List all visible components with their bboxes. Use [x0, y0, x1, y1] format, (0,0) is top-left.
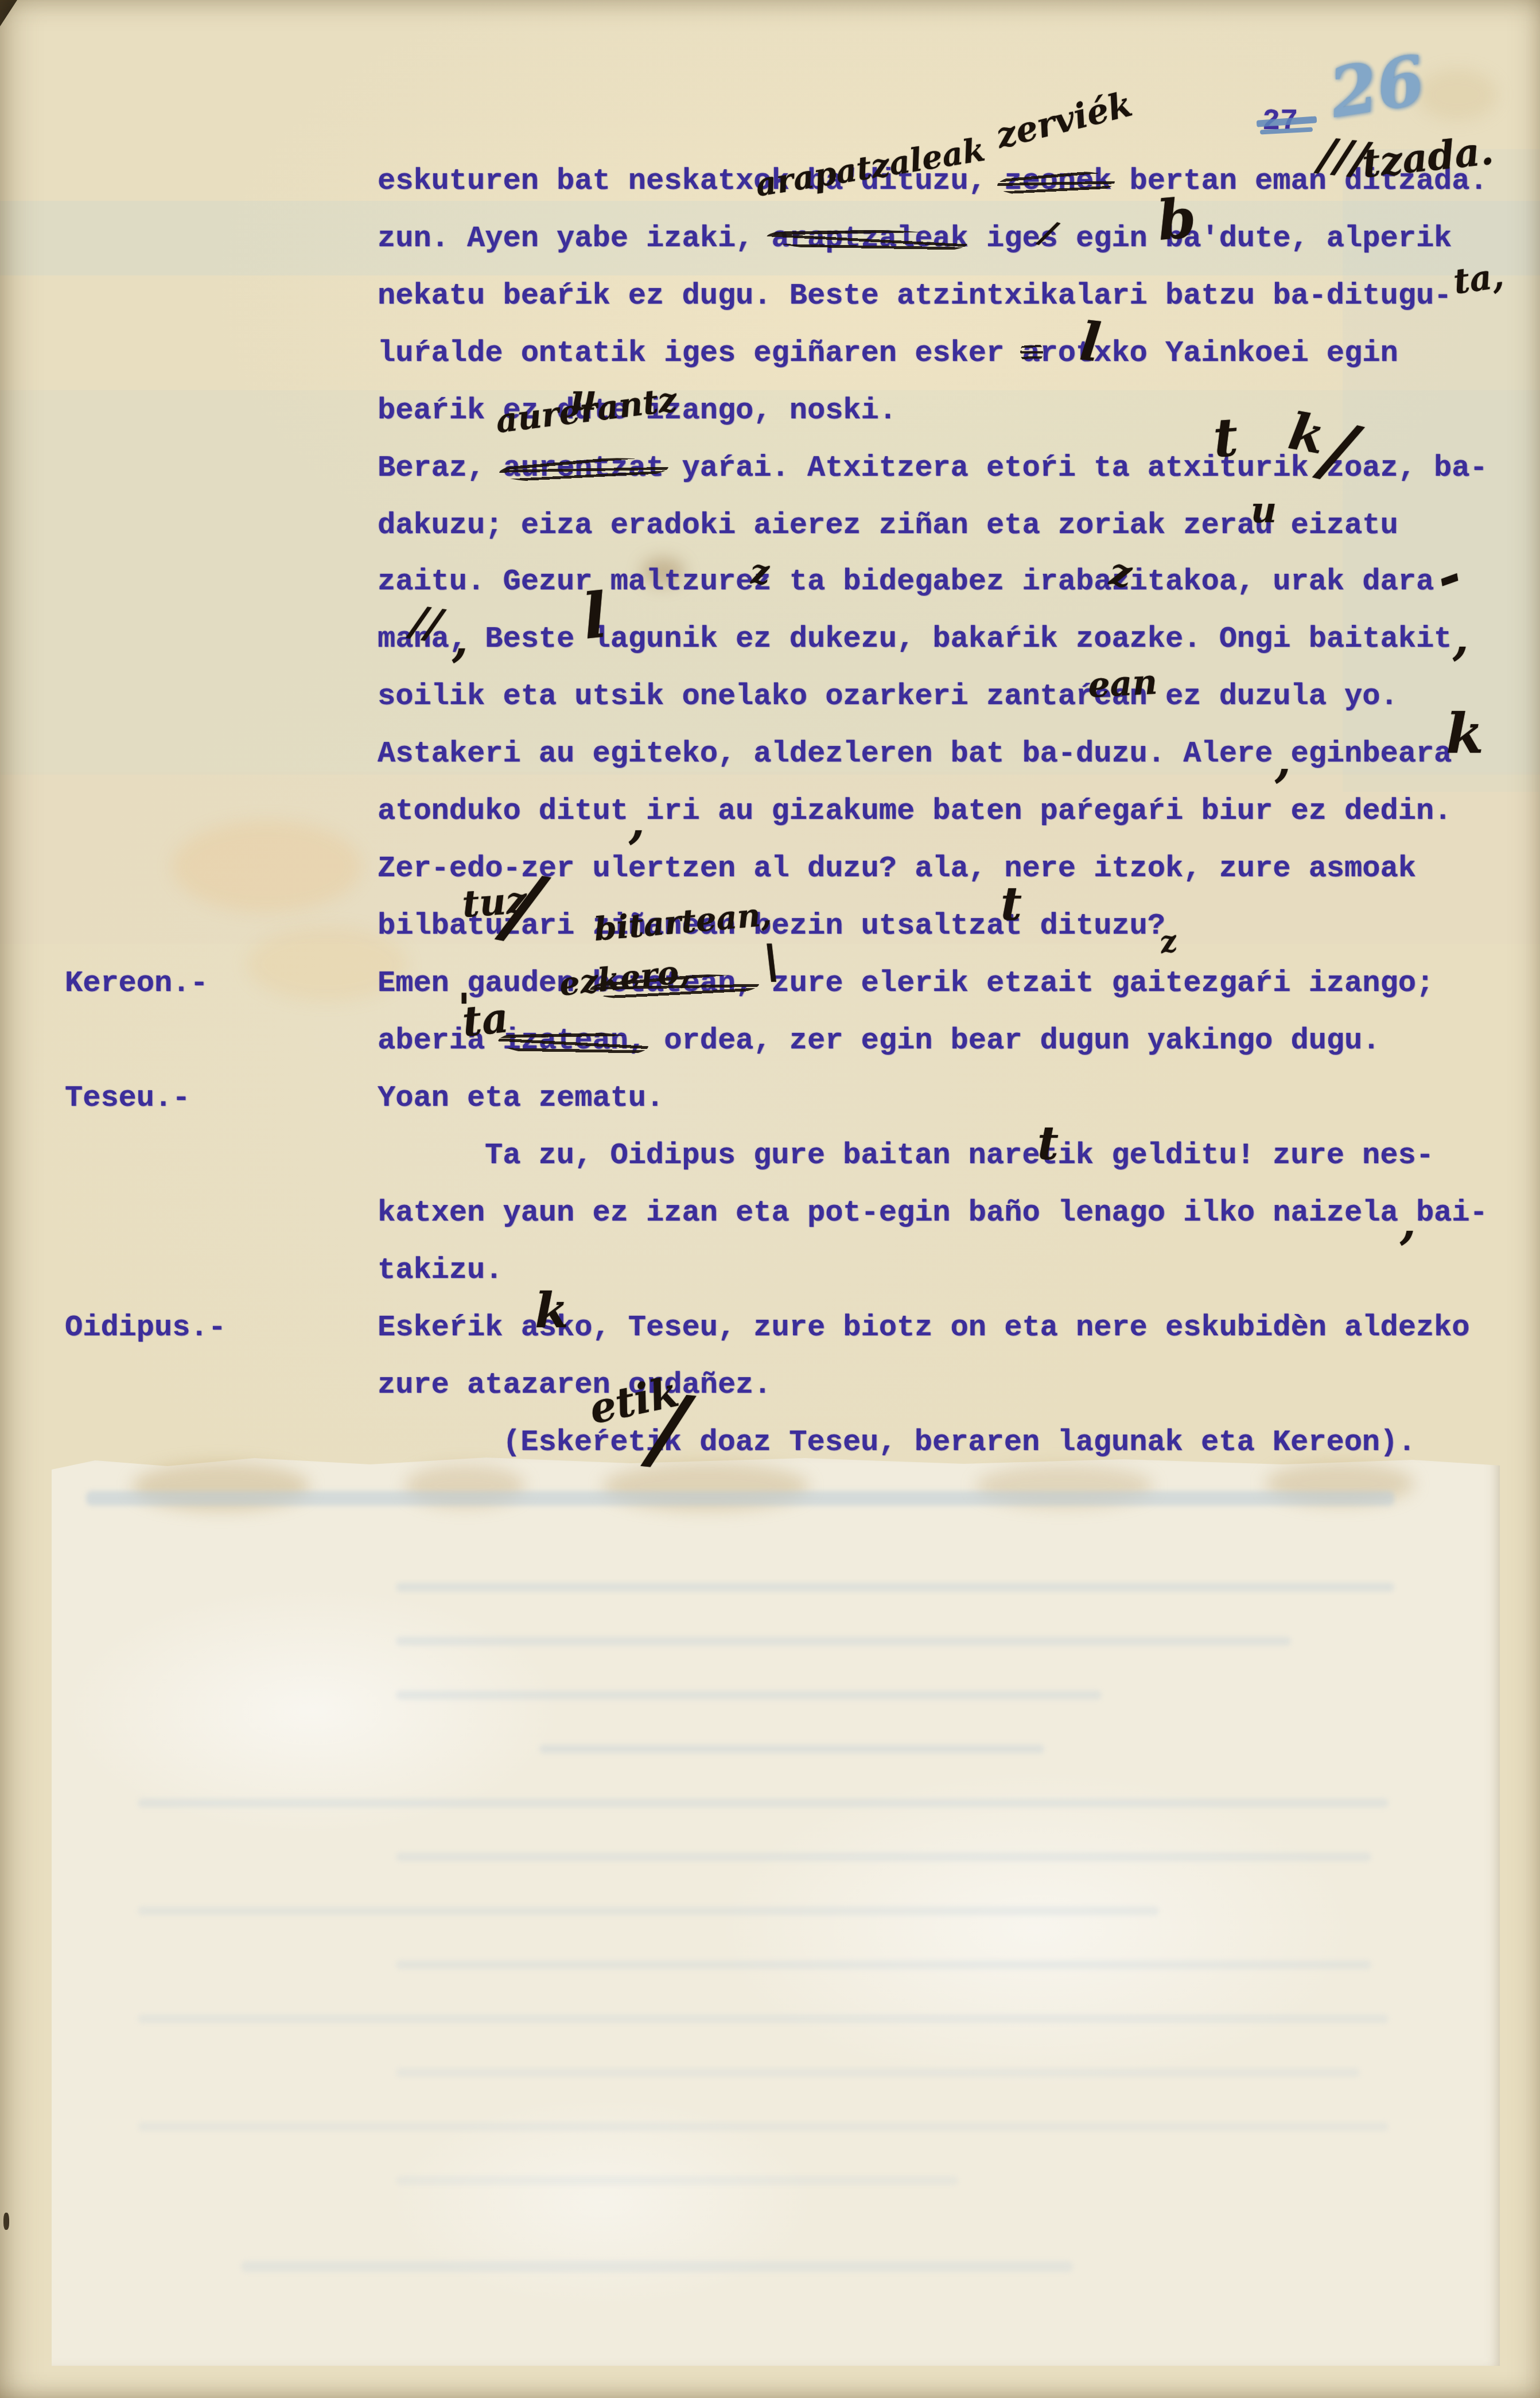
ink-strikethrough-scribble: [1020, 342, 1043, 363]
typed-line: (Eskeŕetik doaz Teseu, beraren lagunak e…: [503, 1426, 1415, 1459]
handwritten-correction: zerviék: [993, 87, 1135, 154]
handwritten-correction: k: [1446, 707, 1484, 761]
typed-line: mana, Beste lagunik ez dukezu, bakaŕik z…: [378, 623, 1452, 655]
handwritten-correction: ,: [1400, 1199, 1416, 1245]
handwritten-correction: t: [1212, 410, 1240, 465]
handwritten-correction: b: [1156, 191, 1198, 248]
typed-line: zaitu. Gezur maltzurez ta bidegabez irab…: [378, 565, 1434, 598]
overlay-blank-sheet: [52, 1456, 1500, 2366]
handwritten-correction: u: [1251, 492, 1277, 528]
handwritten-correction: \: [763, 939, 780, 985]
typed-line: Yoan eta zematu.: [378, 1082, 664, 1114]
handwritten-correction: //: [409, 600, 444, 646]
handwritten-correction: aurerantz: [494, 383, 679, 438]
scanned-page: 27 26 eskuturen bat neskatxok ba'dituzu,…: [0, 0, 1540, 2398]
typed-line: nekatu beaŕik ez dugu. Beste atzintxikal…: [378, 279, 1452, 312]
handwritten-correction: ,: [1275, 737, 1291, 783]
typed-line: luŕalde ontatik iges egiñaren esker arot…: [378, 337, 1398, 370]
scan-corner-notch: [0, 0, 17, 26]
typed-line: atonduko ditut iri au gizakume baten paŕ…: [378, 795, 1452, 827]
speaker-label: Kereon.-: [65, 967, 208, 1000]
page-number-handwritten: 26: [1325, 46, 1429, 127]
typed-line: Ta zu, Oidipus gure baitan naretik geldi…: [485, 1139, 1434, 1172]
typed-line: katxen yaun ez izan eta pot-egin baño le…: [378, 1196, 1488, 1229]
handwritten-correction: ,: [452, 617, 468, 663]
typed-line: takizu.: [378, 1254, 503, 1287]
typed-line: zure atazaren ordañez.: [378, 1369, 772, 1401]
handwritten-correction: ,: [1453, 615, 1469, 661]
handwritten-correction: z: [750, 555, 769, 589]
handwritten-correction: z: [1157, 926, 1179, 958]
handwritten-correction: ean: [1087, 665, 1158, 703]
typed-line: dakuzu; eiza eradoki aierez ziñan eta zo…: [378, 509, 1398, 542]
handwritten-correction: ta,: [1452, 258, 1506, 300]
paper-stain: [1417, 69, 1498, 121]
handwritten-correction: t: [1037, 1120, 1059, 1166]
speaker-label: Oidipus.-: [65, 1311, 226, 1344]
typed-line: soilik eta utsik onelako ozarkeri zantaŕ…: [378, 680, 1398, 713]
typed-line: Emen gauden botatean, zure elerik etzait…: [378, 967, 1434, 1000]
speaker-label: Teseu.-: [65, 1082, 190, 1114]
handwritten-correction: k: [535, 1287, 569, 1335]
handwritten-correction: ,: [629, 799, 645, 845]
paper-stain: [172, 821, 361, 912]
handwritten-correction: t: [1001, 881, 1022, 927]
scan-edge-mark: [3, 2213, 9, 2230]
handwritten-correction: ta: [460, 997, 510, 1043]
handwritten-correction: -: [1429, 546, 1469, 605]
